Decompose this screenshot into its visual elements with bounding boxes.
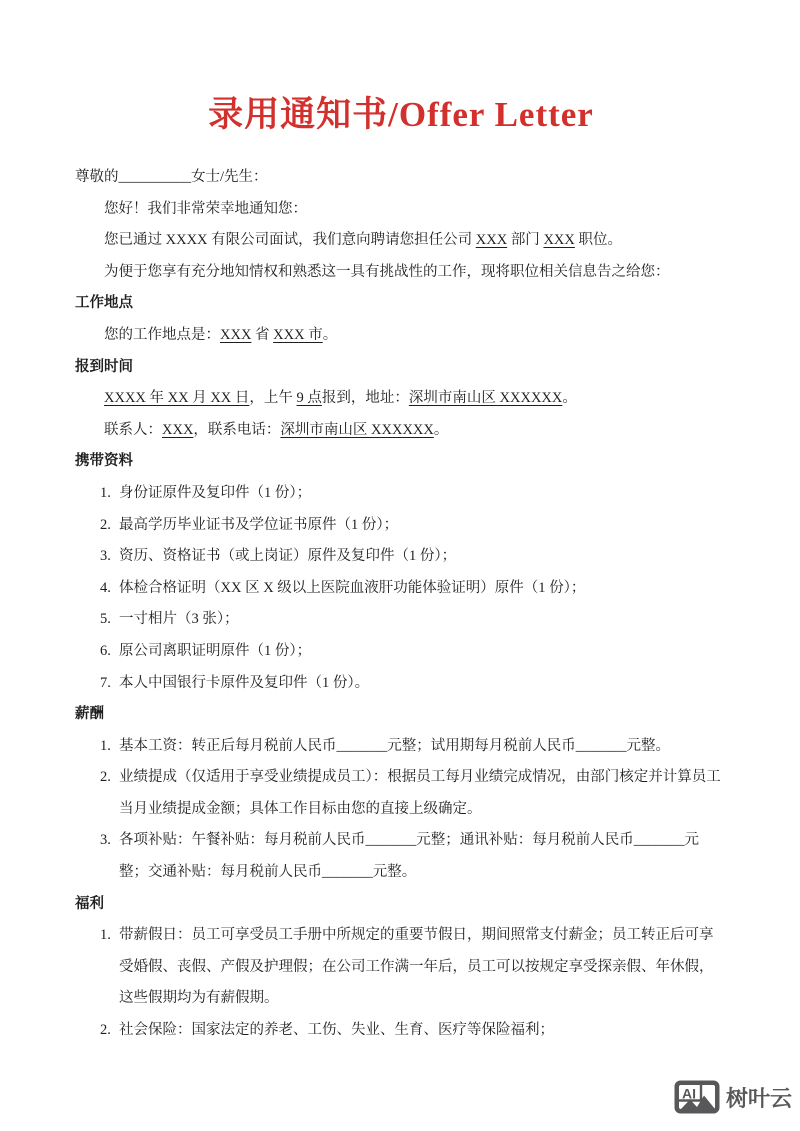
salutation-line: 尊敬的__________女士/先生： [75, 162, 727, 194]
text-run: 业绩提成（仅适用于享受业绩提成员工）：根据员工每月业绩完成情况，由部门核定并计算… [119, 769, 721, 817]
text-run: 体检合格证明（XX 区 X 级以上医院血液肝功能体验证明）原件（1 份）； [119, 580, 585, 596]
list-item-text: 社会保险：国家法定的养老、工伤、失业、生育、医疗等保险福利； [119, 1015, 727, 1047]
list-number: 1. [100, 731, 119, 763]
list-item: 7.本人中国银行卡原件及复印件（1 份）。 [100, 668, 727, 700]
list-item-text: 体检合格证明（XX 区 X 级以上医院血液肝功能体验证明）原件（1 份）； [119, 573, 727, 605]
blank-field-value: XXX [220, 327, 251, 343]
list-number: 6. [100, 636, 119, 668]
list-item-text: 基本工资：转正后每月税前人民币_______元整；试用期每月税前人民币_____… [119, 731, 727, 763]
list-number: 2. [100, 1015, 119, 1047]
list-item-text: 一寸相片（3 张）； [119, 604, 727, 636]
list-item-text: 各项补贴：午餐补贴：每月税前人民币_______元整；通讯补贴：每月税前人民币_… [119, 825, 727, 888]
section-heading: 报到时间 [75, 352, 727, 384]
text-run: 您的工作地点是： [104, 327, 220, 343]
list-item: 5.一寸相片（3 张）； [100, 604, 727, 636]
section-heading: 携带资料 [75, 446, 727, 478]
text-run: 最高学历毕业证书及学位证书原件（1 份）； [119, 517, 398, 533]
svg-text:AI: AI [682, 1086, 696, 1102]
text-run: 带薪假日：员工可享受员工手册中所规定的重要节假日，期间照常支付薪金；员工转正后可… [119, 927, 714, 1006]
ai-image-icon: AI [674, 1080, 720, 1114]
list-item: 2.业绩提成（仅适用于享受业绩提成员工）：根据员工每月业绩完成情况，由部门核定并… [100, 762, 727, 825]
list-item-text: 原公司离职证明原件（1 份）； [119, 636, 727, 668]
section-heading: 工作地点 [75, 288, 727, 320]
text-run: 福利 [75, 896, 104, 912]
list-number: 2. [100, 510, 119, 542]
list-item: 1.基本工资：转正后每月税前人民币_______元整；试用期每月税前人民币___… [100, 731, 727, 763]
text-run: 各项补贴：午餐补贴：每月税前人民币_______元整；通讯补贴：每月税前人民币_… [119, 832, 699, 880]
list-number: 5. [100, 604, 119, 636]
text-run: 。 [562, 390, 577, 406]
list-item: 2.最高学历毕业证书及学位证书原件（1 份）； [100, 510, 727, 542]
document-content: 录用通知书/Offer Letter 尊敬的__________女士/先生：您好… [75, 94, 727, 1047]
text-run: 部门 [507, 232, 543, 248]
list-item: 4.体检合格证明（XX 区 X 级以上医院血液肝功能体验证明）原件（1 份）； [100, 573, 727, 605]
blank-field-value: XXX [162, 422, 193, 438]
offer-letter-page: 录用通知书/Offer Letter 尊敬的__________女士/先生：您好… [0, 0, 800, 1131]
list-number: 1. [100, 478, 119, 510]
list-item: 2.社会保险：国家法定的养老、工伤、失业、生育、医疗等保险福利； [100, 1015, 727, 1047]
list-item-text: 最高学历毕业证书及学位证书原件（1 份）； [119, 510, 727, 542]
blank-field-value: XXX 市 [273, 327, 323, 343]
text-run: 社会保险：国家法定的养老、工伤、失业、生育、医疗等保险福利； [119, 1022, 554, 1038]
text-run: 基本工资：转正后每月税前人民币_______元整；试用期每月税前人民币_____… [119, 738, 670, 754]
text-run: 为便于您享有充分地知情权和熟悉这一具有挑战性的工作，现将职位相关信息告之给您： [104, 264, 670, 280]
text-run: 。 [434, 422, 449, 438]
blank-field-value: 深圳市南山区 XXXXXX [409, 390, 562, 406]
page-title: 录用通知书/Offer Letter [75, 94, 727, 136]
text-run: 报到时间 [75, 359, 133, 375]
text-run: ，联系电话： [193, 422, 280, 438]
list-item-text: 资历、资格证书（或上岗证）原件及复印件（1 份）； [119, 541, 727, 573]
text-run: 您已通过 XXXX 有限公司面试，我们意向聘请您担任公司 [104, 232, 476, 248]
list-item: 1.带薪假日：员工可享受员工手册中所规定的重要节假日，期间照常支付薪金；员工转正… [100, 920, 727, 1015]
watermark: AI 树叶云 [674, 1080, 792, 1114]
watermark-brand-label: 树叶云 [726, 1082, 792, 1113]
list-number: 1. [100, 920, 119, 1015]
text-run: 本人中国银行卡原件及复印件（1 份）。 [119, 675, 369, 691]
list-item-text: 身份证原件及复印件（1 份）； [119, 478, 727, 510]
section-heading: 薪酬 [75, 699, 727, 731]
text-run: ，上午 [249, 390, 296, 406]
paragraph: XXXX 年 XX 月 XX 日，上午 9 点报到，地址：深圳市南山区 XXXX… [75, 383, 727, 415]
list-item: 1.身份证原件及复印件（1 份）； [100, 478, 727, 510]
text-run: 省 [251, 327, 273, 343]
document-body: 尊敬的__________女士/先生：您好！我们非常荣幸地通知您：您已通过 XX… [75, 162, 727, 1047]
blank-field-value: XXXX 年 XX 月 XX 日 [104, 390, 249, 406]
text-run: 尊敬的__________女士/先生： [75, 169, 268, 185]
list-item: 3.资历、资格证书（或上岗证）原件及复印件（1 份）； [100, 541, 727, 573]
paragraph: 您好！我们非常荣幸地通知您： [75, 194, 727, 226]
list-number: 3. [100, 825, 119, 888]
text-run: 工作地点 [75, 295, 133, 311]
text-run: 联系人： [104, 422, 162, 438]
text-run: 职位。 [575, 232, 622, 248]
text-run: 资历、资格证书（或上岗证）原件及复印件（1 份）； [119, 548, 456, 564]
paragraph: 联系人：XXX，联系电话：深圳市南山区 XXXXXX。 [75, 415, 727, 447]
paragraph: 您的工作地点是：XXX 省 XXX 市。 [75, 320, 727, 352]
text-run: 原公司离职证明原件（1 份）； [119, 643, 311, 659]
list-item-text: 业绩提成（仅适用于享受业绩提成员工）：根据员工每月业绩完成情况，由部门核定并计算… [119, 762, 727, 825]
blank-field-value: 9 点 [297, 390, 322, 406]
list-item: 3.各项补贴：午餐补贴：每月税前人民币_______元整；通讯补贴：每月税前人民… [100, 825, 727, 888]
text-run: 。 [323, 327, 338, 343]
text-run: 一寸相片（3 张）； [119, 611, 239, 627]
blank-field-value: XXX [476, 232, 507, 248]
section-heading: 福利 [75, 889, 727, 921]
list-number: 3. [100, 541, 119, 573]
list-item-text: 本人中国银行卡原件及复印件（1 份）。 [119, 668, 727, 700]
list-item: 6.原公司离职证明原件（1 份）； [100, 636, 727, 668]
paragraph: 为便于您享有充分地知情权和熟悉这一具有挑战性的工作，现将职位相关信息告之给您： [75, 257, 727, 289]
text-run: 您好！我们非常荣幸地通知您： [104, 201, 307, 217]
list-number: 7. [100, 668, 119, 700]
list-number: 2. [100, 762, 119, 825]
text-run: 身份证原件及复印件（1 份）； [119, 485, 311, 501]
paragraph: 您已通过 XXXX 有限公司面试，我们意向聘请您担任公司 XXX 部门 XXX … [75, 225, 727, 257]
list-number: 4. [100, 573, 119, 605]
text-run: 报到，地址： [322, 390, 409, 406]
blank-field-value: 深圳市南山区 XXXXXX [280, 422, 433, 438]
text-run: 携带资料 [75, 453, 133, 469]
blank-field-value: XXX [543, 232, 574, 248]
list-item-text: 带薪假日：员工可享受员工手册中所规定的重要节假日，期间照常支付薪金；员工转正后可… [119, 920, 727, 1015]
text-run: 薪酬 [75, 706, 104, 722]
